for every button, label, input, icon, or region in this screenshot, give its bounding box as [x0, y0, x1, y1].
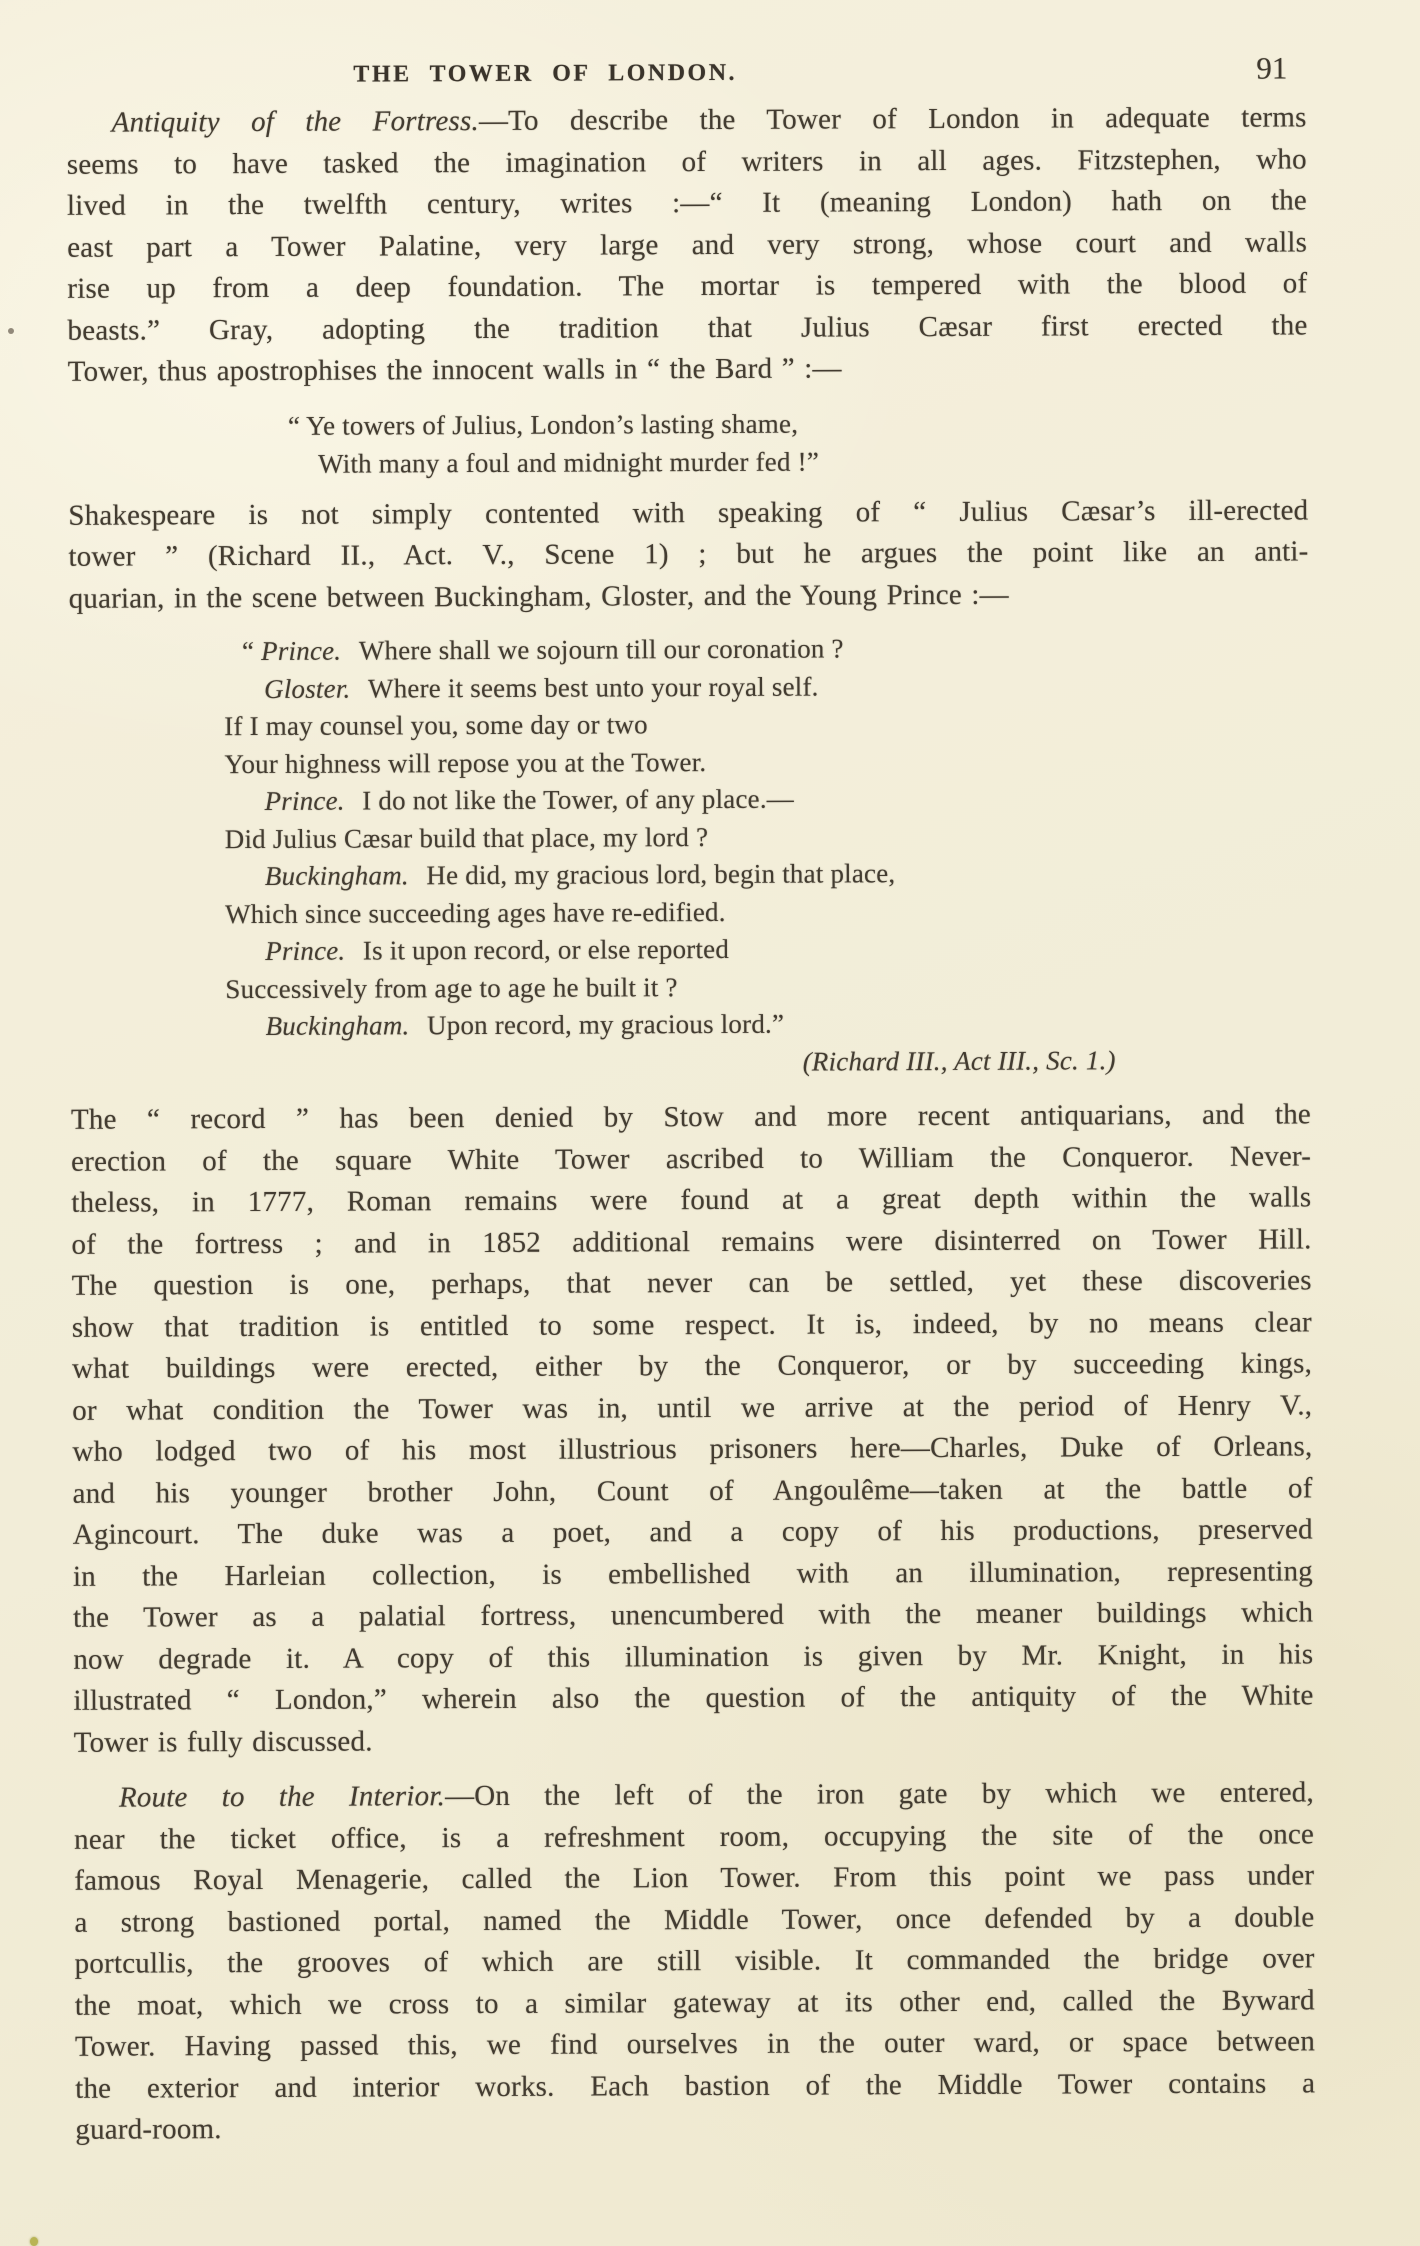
text-line: east part a Tower Palatine, very large a… — [67, 222, 1307, 269]
italic-lead: Antiquity of the Fortress. — [112, 105, 479, 139]
speaker-name: Gloster. — [264, 673, 350, 703]
dialogue-line: Buckingham.He did, my gracious lord, beg… — [225, 853, 1310, 895]
text-line: and his younger brother John, Count of A… — [73, 1468, 1313, 1515]
text-line: seems to have tasked the imagination of … — [67, 139, 1307, 186]
paragraph-record: The “ record ” has been denied by Stow a… — [71, 1094, 1314, 1763]
dialogue-text: He did, my gracious lord, begin that pla… — [426, 858, 895, 890]
paragraph-route-interior: Route to the Interior.—On the left of th… — [74, 1772, 1316, 2151]
text-line: what buildings were erected, either by t… — [72, 1343, 1312, 1390]
italic-lead: Route to the Interior. — [119, 1780, 445, 1813]
speaker-name: Prince. — [261, 636, 341, 666]
dialogue-line: If I may counsel you, some day or two — [224, 703, 1309, 745]
dialogue-line: Your highness will repose you at the Tow… — [224, 741, 1309, 783]
speaker-name: Prince. — [265, 786, 345, 816]
text-line: Antiquity of the Fortress.—To describe t… — [67, 97, 1307, 144]
dialogue-text: Where it seems best unto your royal self… — [368, 671, 819, 703]
text-line: near the ticket office, is a refreshment… — [74, 1814, 1314, 1861]
paragraph-antiquity: Antiquity of the Fortress.—To describe t… — [67, 97, 1308, 393]
text-line: a strong bastioned portal, named the Mid… — [74, 1897, 1314, 1944]
text-line: rise up from a deep foundation. The mort… — [67, 263, 1307, 310]
verse-line: With many a foul and midnight murder fed… — [288, 440, 1308, 482]
dialogue-text: Where shall we sojourn till our coronati… — [359, 633, 844, 665]
verse-quote-gray: “ Ye towers of Julius, London’s lasting … — [68, 402, 1308, 483]
text-segment: —To describe the Tower of London in adeq… — [479, 101, 1307, 137]
text-line: now degrade it. A copy of this illuminat… — [73, 1634, 1313, 1681]
text-line: Agincourt. The duke was a poet, and a co… — [73, 1509, 1313, 1556]
text-line: Tower. Having passed this, we find ourse… — [75, 2021, 1315, 2068]
text-line: Tower, thus apostrophises the innocent w… — [68, 346, 1308, 393]
text-line: who lodged two of his most illustrious p… — [72, 1426, 1312, 1473]
dialogue-richard-iii: “Prince.Where shall we sojourn till our … — [69, 628, 1311, 1083]
dialogue-line: Gloster.Where it seems best unto your ro… — [224, 666, 1309, 708]
text-line: beasts.” Gray, adopting the tradition th… — [67, 305, 1307, 352]
dialogue-text: I do not like the Tower, of any place.— — [362, 784, 794, 816]
verse-line: “ Ye towers of Julius, London’s lasting … — [288, 402, 1308, 444]
page-content: THE TOWER OF LONDON. 91 Antiquity of the… — [0, 0, 1420, 2246]
dialogue-text: Upon record, my gracious lord.” — [427, 1009, 784, 1041]
running-header-title: THE TOWER OF LONDON. — [353, 60, 737, 89]
page-text-block: Antiquity of the Fortress.—To describe t… — [67, 97, 1316, 2151]
open-quote: “ — [242, 636, 254, 666]
text-line: Route to the Interior.—On the left of th… — [74, 1772, 1314, 1819]
text-line: of the fortress ; and in 1852 additional… — [71, 1219, 1311, 1266]
dialogue-line: “Prince.Where shall we sojourn till our … — [224, 628, 1309, 670]
text-line: or what condition the Tower was in, unti… — [72, 1385, 1312, 1432]
dialogue-line: Successively from age to age he built it… — [225, 966, 1310, 1008]
text-line: famous Royal Menagerie, called the Lion … — [74, 1855, 1314, 1902]
text-line: The question is one, perhaps, that never… — [72, 1260, 1312, 1307]
text-line: the moat, which we cross to a similar ga… — [75, 1980, 1315, 2027]
text-line: in the Harleian collection, is embellish… — [73, 1551, 1313, 1598]
text-line: lived in the twelfth century, writes :—“… — [67, 180, 1307, 227]
text-line: show that tradition is entitled to some … — [72, 1302, 1312, 1349]
dialogue-line: Which since succeeding ages have re-edif… — [225, 891, 1310, 933]
dialogue-line: Did Julius Cæsar build that place, my lo… — [225, 816, 1310, 858]
dialogue-line: Buckingham.Upon record, my gracious lord… — [225, 1003, 1310, 1045]
speaker-name: Buckingham. — [265, 1010, 409, 1041]
text-line: portcullis, the grooves of which are sti… — [75, 1938, 1315, 1985]
dialogue-line: Prince.Is it upon record, or else report… — [225, 928, 1310, 970]
text-line: theless, in 1777, Roman remains were fou… — [71, 1177, 1311, 1224]
text-line: the Tower as a palatial fortress, unencu… — [73, 1592, 1313, 1639]
text-line: illustrated “ London,” wherein also the … — [73, 1675, 1313, 1722]
speaker-name: Buckingham. — [265, 860, 409, 891]
paragraph-shakespeare: Shakespeare is not simply contented with… — [68, 490, 1309, 620]
text-line: quarian, in the scene between Buckingham… — [69, 573, 1309, 620]
book-page-scan: THE TOWER OF LONDON. 91 Antiquity of the… — [0, 0, 1420, 2246]
text-line: Tower is fully discussed. — [74, 1717, 1314, 1764]
text-line: The “ record ” has been denied by Stow a… — [71, 1094, 1311, 1141]
text-line: Shakespeare is not simply contented with… — [68, 490, 1308, 537]
dialogue-text: Is it upon record, or else reported — [363, 934, 729, 966]
dialogue-line: Prince.I do not like the Tower, of any p… — [224, 778, 1309, 820]
page-number: 91 — [1256, 50, 1287, 86]
text-line: tower ” (Richard II., Act. V., Scene 1) … — [68, 531, 1308, 578]
text-line: the exterior and interior works. Each ba… — [75, 2063, 1315, 2110]
speaker-name: Prince. — [265, 936, 345, 966]
text-line: guard-room. — [75, 2104, 1315, 2151]
text-line: erection of the square White Tower ascri… — [71, 1136, 1311, 1183]
citation-richard-iii: (Richard III., Act III., Sc. 1.) — [226, 1041, 1311, 1083]
text-segment: —On the left of the iron gate by which w… — [445, 1776, 1314, 1812]
